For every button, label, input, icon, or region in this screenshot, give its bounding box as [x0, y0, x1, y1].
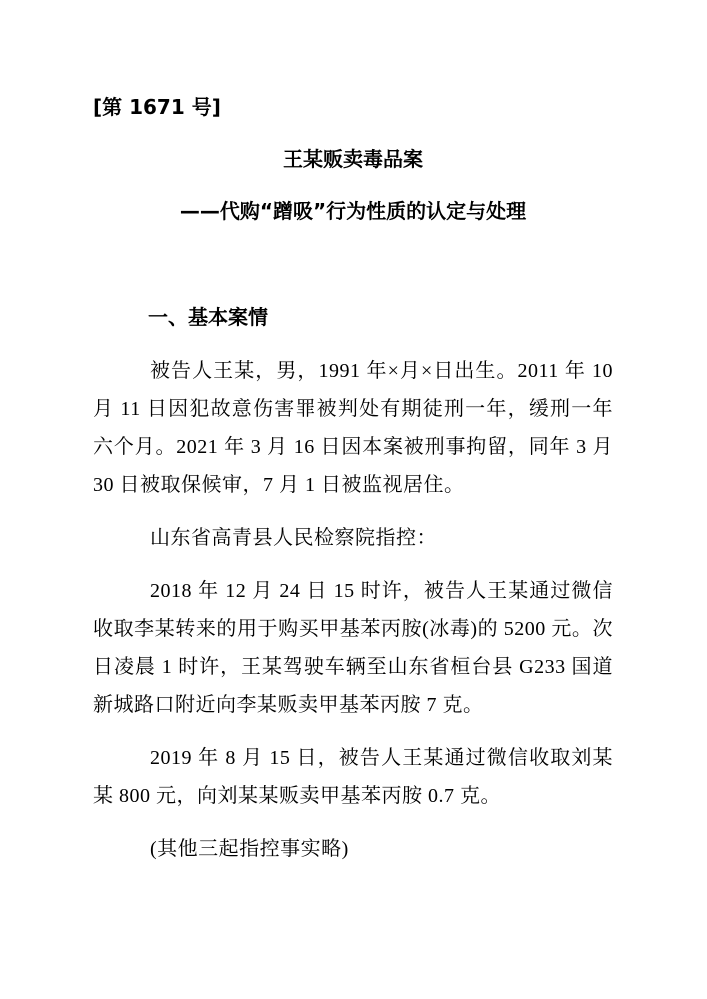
paragraph-procuratorate-charge: 山东省高青县人民检察院指控：: [93, 519, 613, 557]
document-page: [第 1671 号] 王某贩卖毒品案 ——代购“蹭吸”行为性质的认定与处理 一、…: [0, 0, 707, 999]
paragraph-defendant-background: 被告人王某，男，1991 年×月×日出生。2011 年 10 月 11 日因犯故…: [93, 352, 613, 504]
section-heading-basic-facts: 一、基本案情: [93, 298, 613, 337]
paragraph-charge-fact-2018: 2018 年 12 月 24 日 15 时许，被告人王某通过微信收取李某转来的用…: [93, 572, 613, 724]
case-number: [第 1671 号]: [93, 88, 613, 127]
document-title: 王某贩卖毒品案: [93, 140, 613, 179]
paragraph-other-charges-omitted: (其他三起指控事实略): [93, 830, 613, 868]
document-subtitle: ——代购“蹭吸”行为性质的认定与处理: [93, 192, 613, 231]
paragraph-charge-fact-2019: 2019 年 8 月 15 日，被告人王某通过微信收取刘某某 800 元，向刘某…: [93, 739, 613, 815]
